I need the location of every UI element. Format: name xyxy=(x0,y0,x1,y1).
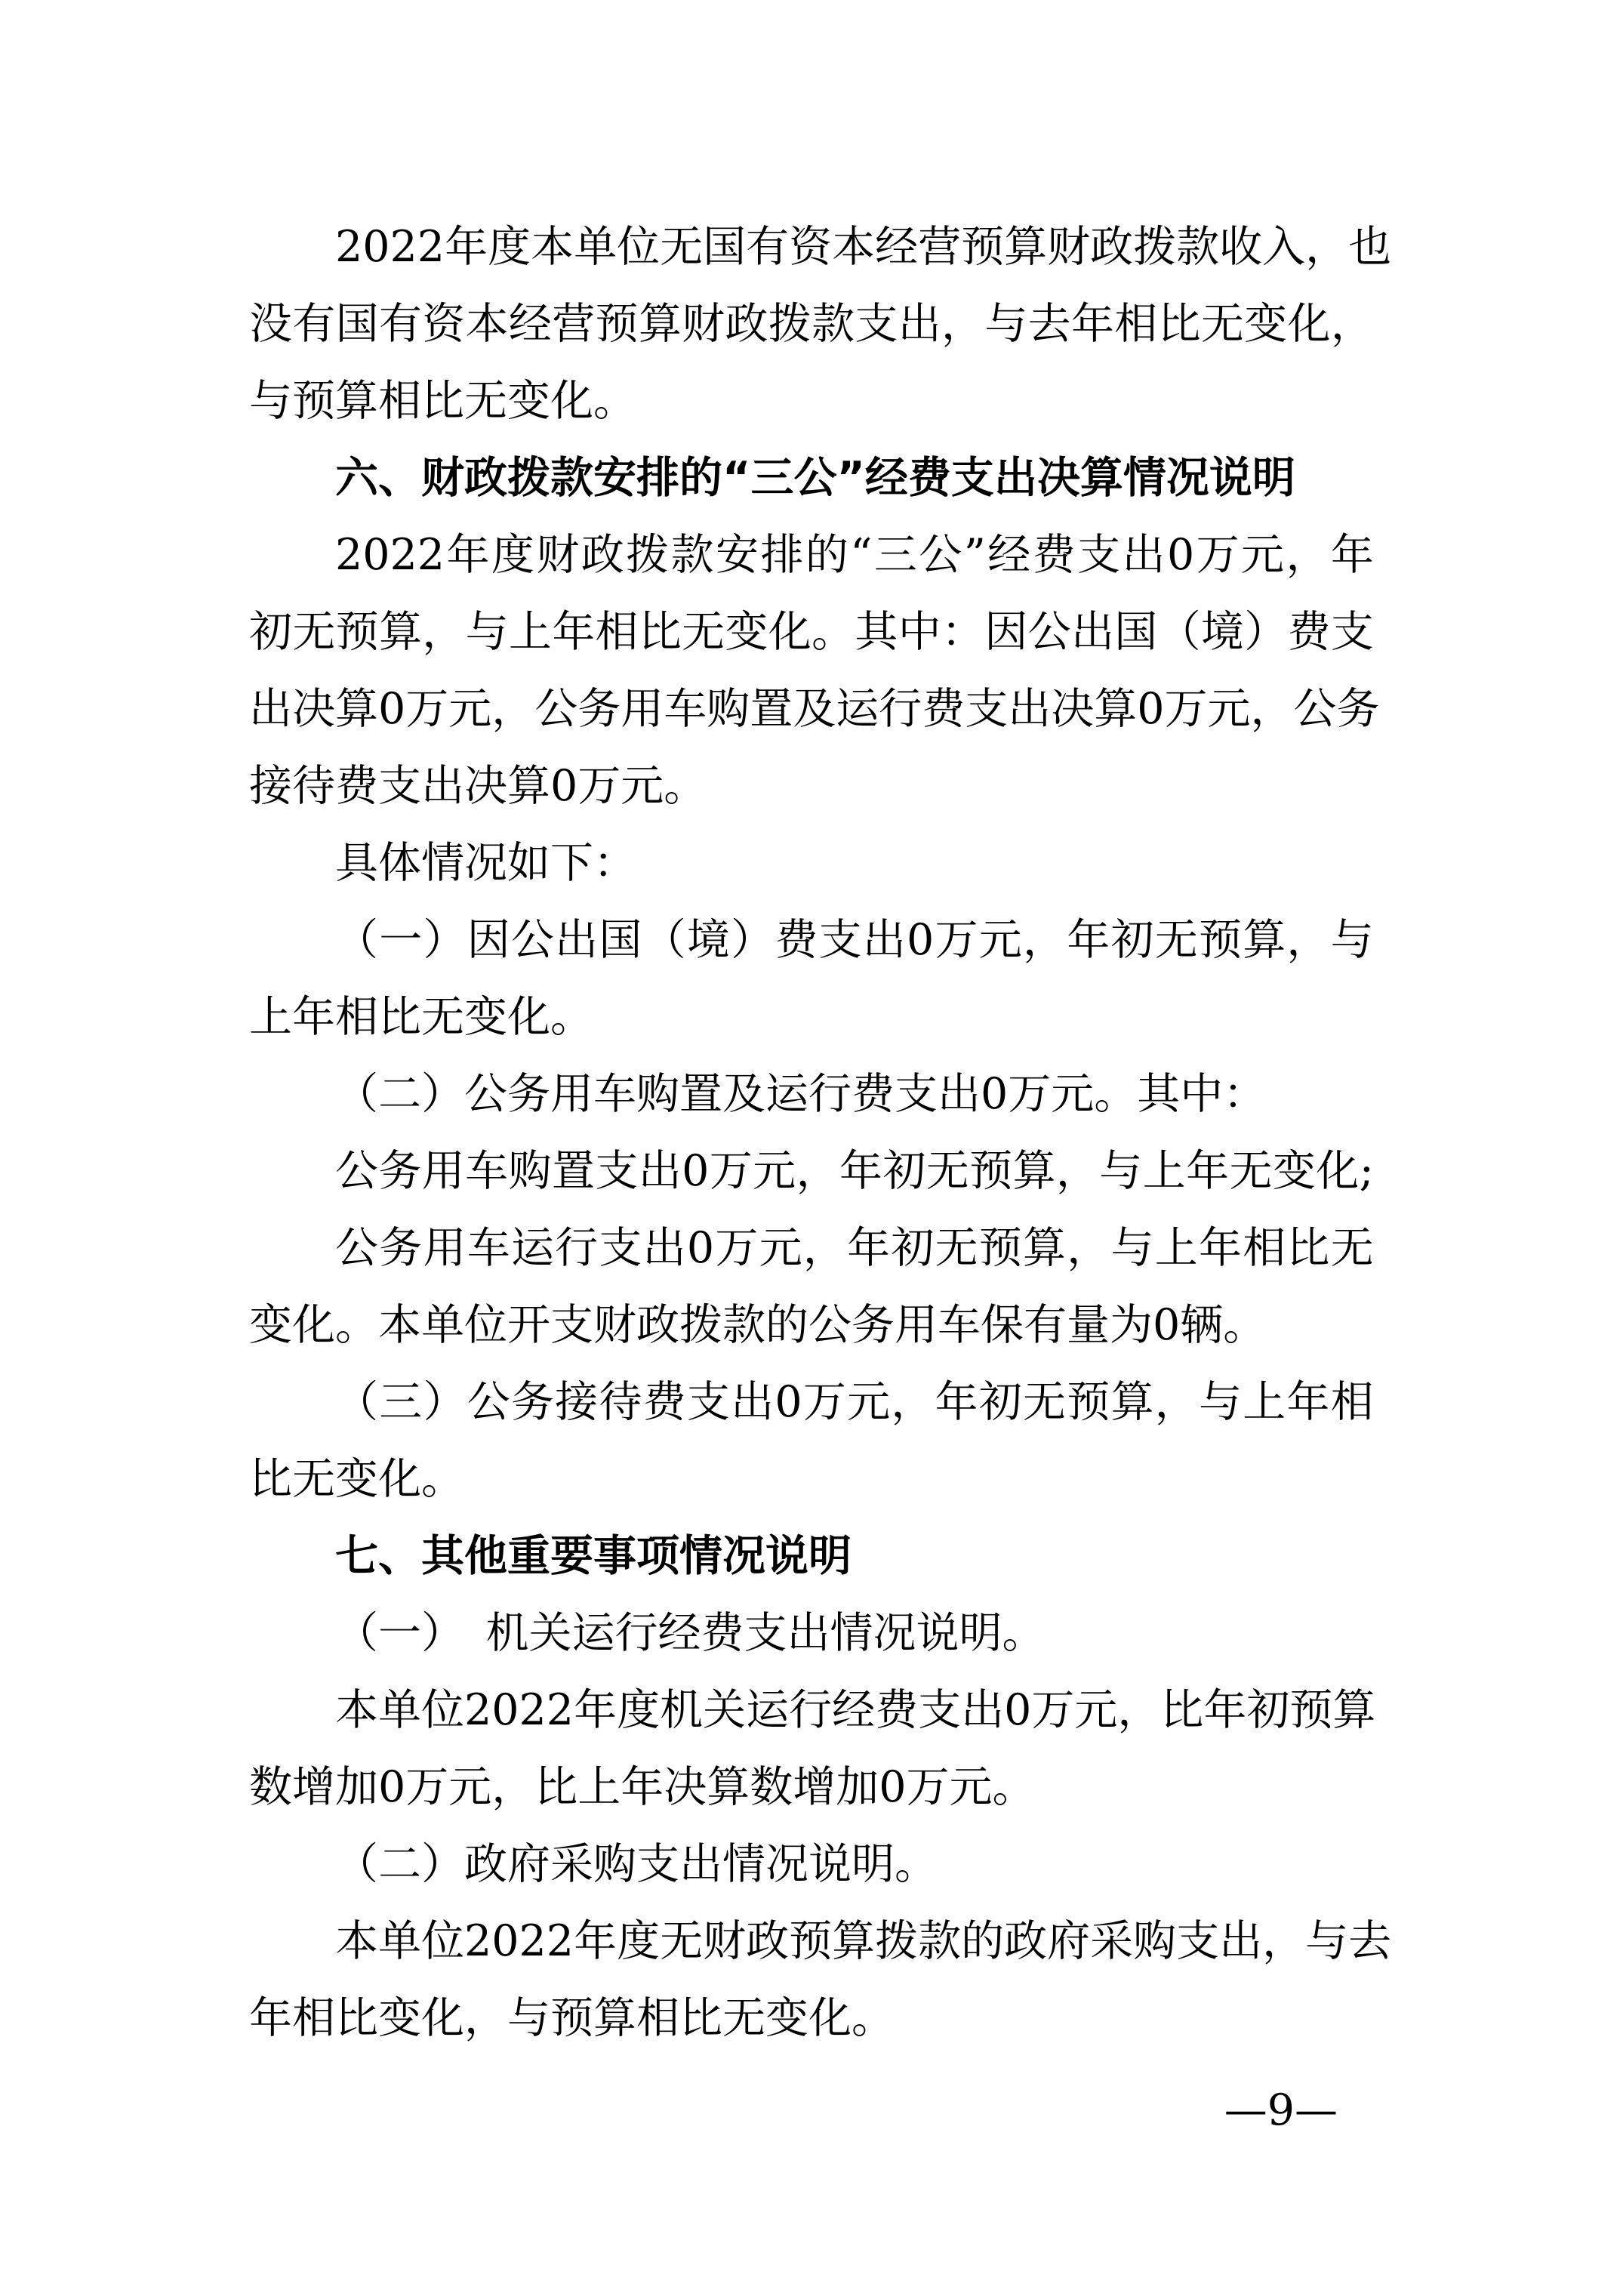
text-line: 出决算0万元，公务用车购置及运行费支出决算0万元，公务 xyxy=(249,670,1374,747)
text-line: 数增加0万元，比上年决算数增加0万元。 xyxy=(249,1749,1374,1826)
text-line: （一） 机关运行经费支出情况说明。 xyxy=(249,1595,1374,1672)
paragraph-reception-expense: （三）公务接待费支出0万元，年初无预算，与上年相 比无变化。 xyxy=(249,1364,1374,1518)
section-heading-six: 六、财政拨款安排的“三公”经费支出决算情况说明 xyxy=(249,439,1374,516)
text-line: 初无预算，与上年相比无变化。其中：因公出国（境）费支 xyxy=(249,593,1374,670)
text-line: 具体情况如下： xyxy=(249,824,1374,901)
section-heading: 六、财政拨款安排的“三公”经费支出决算情况说明 xyxy=(249,439,1374,516)
document-body: 2022年度本单位无国有资本经营预算财政拨款收入，也 没有国有资本经营预算财政拨… xyxy=(249,208,1374,2057)
paragraph-operating-funds: 本单位2022年度机关运行经费支出0万元，比年初预算 数增加0万元，比上年决算数… xyxy=(249,1672,1374,1826)
paragraph-details-intro: 具体情况如下： xyxy=(249,824,1374,901)
paragraph-procurement-head: （二）政府采购支出情况说明。 xyxy=(249,1826,1374,1903)
text-line: 比无变化。 xyxy=(249,1441,1374,1518)
text-line: 本单位2022年度机关运行经费支出0万元，比年初预算 xyxy=(249,1672,1374,1749)
document-page: 2022年度本单位无国有资本经营预算财政拨款收入，也 没有国有资本经营预算财政拨… xyxy=(0,0,1623,2296)
text-line: 2022年度本单位无国有资本经营预算财政拨款收入，也 xyxy=(249,208,1374,285)
text-line: 上年相比无变化。 xyxy=(249,978,1374,1056)
text-line: 变化。本单位开支财政拨款的公务用车保有量为0辆。 xyxy=(249,1287,1374,1364)
text-line: 本单位2022年度无财政预算拨款的政府采购支出，与去 xyxy=(249,1903,1374,1980)
text-line: （一）因公出国（境）费支出0万元，年初无预算，与 xyxy=(249,901,1374,978)
paragraph-three-public-overview: 2022年度财政拨款安排的“三公”经费支出0万元，年 初无预算，与上年相比无变化… xyxy=(249,516,1374,824)
text-line: （二）公务用车购置及运行费支出0万元。其中： xyxy=(249,1056,1374,1133)
paragraph-vehicle-operation: 公务用车运行支出0万元，年初无预算，与上年相比无 变化。本单位开支财政拨款的公务… xyxy=(249,1210,1374,1364)
text-line: 公务用车运行支出0万元，年初无预算，与上年相比无 xyxy=(249,1210,1374,1287)
paragraph-state-capital-budget: 2022年度本单位无国有资本经营预算财政拨款收入，也 没有国有资本经营预算财政拨… xyxy=(249,208,1374,439)
text-line: 年相比变化，与预算相比无变化。 xyxy=(249,1980,1374,2057)
text-line: 与预算相比无变化。 xyxy=(249,362,1374,439)
text-line: 公务用车购置支出0万元，年初无预算，与上年无变化; xyxy=(249,1133,1374,1210)
paragraph-operating-funds-head: （一） 机关运行经费支出情况说明。 xyxy=(249,1595,1374,1672)
text-line: 接待费支出决算0万元。 xyxy=(249,747,1374,824)
text-line: 没有国有资本经营预算财政拨款支出，与去年相比无变化， xyxy=(249,285,1374,362)
paragraph-vehicle-expense-head: （二）公务用车购置及运行费支出0万元。其中： xyxy=(249,1056,1374,1133)
text-line: （三）公务接待费支出0万元，年初无预算，与上年相 xyxy=(249,1364,1374,1441)
text-line: （二）政府采购支出情况说明。 xyxy=(249,1826,1374,1903)
paragraph-vehicle-purchase: 公务用车购置支出0万元，年初无预算，与上年无变化; xyxy=(249,1133,1374,1210)
section-heading-seven: 七、其他重要事项情况说明 xyxy=(249,1518,1374,1595)
paragraph-procurement: 本单位2022年度无财政预算拨款的政府采购支出，与去 年相比变化，与预算相比无变… xyxy=(249,1903,1374,2057)
paragraph-abroad-expense: （一）因公出国（境）费支出0万元，年初无预算，与 上年相比无变化。 xyxy=(249,901,1374,1056)
section-heading: 七、其他重要事项情况说明 xyxy=(249,1518,1374,1595)
text-line: 2022年度财政拨款安排的“三公”经费支出0万元，年 xyxy=(249,516,1374,593)
page-number: —9— xyxy=(1224,2072,1338,2149)
